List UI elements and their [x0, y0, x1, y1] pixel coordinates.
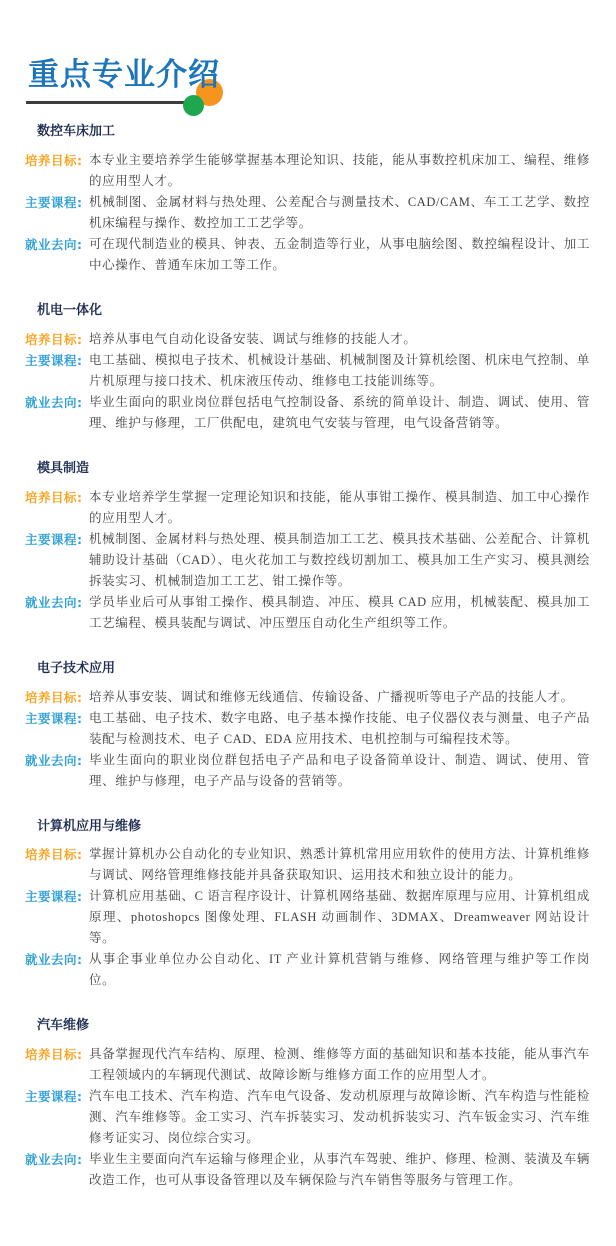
goal-label: 培养目标:	[25, 150, 89, 171]
major-title-badge: 汽车维修	[28, 1016, 103, 1038]
section-computer: 计算机应用与维修 培养目标: 掌握计算机办公自动化的专业知识、熟悉计算机常用应用…	[25, 817, 590, 992]
badge-wrap: 计算机应用与维修	[28, 817, 590, 839]
sections-container: 数控车床加工 培养目标: 本专业主要培养学生能够掌握基本理论知识、技能，能从事数…	[0, 118, 616, 1246]
section-cnc-lathe: 数控车床加工 培养目标: 本专业主要培养学生能够掌握基本理论知识、技能，能从事数…	[25, 122, 590, 276]
jobs-text: 学员毕业后可从事钳工操作、模具制造、冲压、模具 CAD 应用，机械装配、模具加工…	[89, 592, 590, 634]
goal-text: 培养从事安装、调试和维修无线通信、传输设备、广播视听等电子产品的技能人才。	[89, 687, 590, 708]
jobs-label: 就业去向:	[25, 949, 89, 970]
goal-label: 培养目标:	[25, 1044, 89, 1065]
jobs-label: 就业去向:	[25, 234, 89, 255]
goal-row: 培养目标: 培养从事安装、调试和维修无线通信、传输设备、广播视听等电子产品的技能…	[25, 687, 590, 708]
courses-row: 主要课程: 电工基础、模拟电子技术、机械设计基础、机械制图及计算机绘图、机床电气…	[25, 350, 590, 392]
courses-row: 主要课程: 汽车电工技术、汽车构造、汽车电气设备、发动机原理与故障诊断、汽车构造…	[25, 1086, 590, 1149]
jobs-text: 从事企事业单位办公自动化、IT 产业计算机营销与维修、网络管理与维护等工作岗位。	[89, 949, 590, 991]
jobs-label: 就业去向:	[25, 1149, 89, 1170]
goal-row: 培养目标: 本专业培养学生掌握一定理论知识和技能，能从事钳工操作、模具制造、加工…	[25, 487, 590, 529]
major-title-badge: 模具制造	[28, 459, 103, 481]
courses-label: 主要课程:	[25, 708, 89, 729]
jobs-row: 就业去向: 毕业生面向的职业岗位群包括电气控制设备、系统的简单设计、制造、调试、…	[25, 392, 590, 434]
goal-label: 培养目标:	[25, 687, 89, 708]
badge-wrap: 模具制造	[28, 459, 590, 481]
goal-label: 培养目标:	[25, 329, 89, 350]
goal-row: 培养目标: 培养从事电气自动化设备安装、调试与维修的技能人才。	[25, 329, 590, 350]
jobs-row: 就业去向: 可在现代制造业的模具、钟表、五金制造等行业，从事电脑绘图、数控编程设…	[25, 234, 590, 276]
jobs-row: 就业去向: 毕业生面向的职业岗位群包括电子产品和电子设备简单设计、制造、调试、使…	[25, 750, 590, 792]
jobs-label: 就业去向:	[25, 592, 89, 613]
courses-text: 汽车电工技术、汽车构造、汽车电气设备、发动机原理与故障诊断、汽车构造与性能检测、…	[89, 1086, 590, 1149]
jobs-label: 就业去向:	[25, 392, 89, 413]
jobs-text: 毕业生面向的职业岗位群包括电子产品和电子设备简单设计、制造、调试、使用、管理、维…	[89, 750, 590, 792]
title-box: 重点专业介绍	[28, 58, 220, 92]
courses-row: 主要课程: 机械制图、金属材料与热处理、公差配合与测量技术、CAD/CAM、车工…	[25, 192, 590, 234]
goal-text: 本专业主要培养学生能够掌握基本理论知识、技能，能从事数控机床加工、编程、维修的应…	[89, 150, 590, 192]
courses-text: 电工基础、电子技术、数字电路、电子基本操作技能、电子仪器仪表与测量、电子产品装配…	[89, 708, 590, 750]
goal-text: 具备掌握现代汽车结构、原理、检测、维修等方面的基础知识和基本技能，能从事汽车工程…	[89, 1044, 590, 1086]
courses-label: 主要课程:	[25, 192, 89, 213]
major-title-badge: 电子技术应用	[28, 659, 129, 681]
major-title-badge: 机电一体化	[28, 301, 116, 323]
courses-row: 主要课程: 计算机应用基础、C 语言程序设计、计算机网络基础、数据库原理与应用、…	[25, 886, 590, 949]
goal-text: 培养从事电气自动化设备安装、调试与维修的技能人才。	[89, 329, 590, 350]
badge-wrap: 电子技术应用	[28, 659, 590, 681]
title-underline	[26, 101, 194, 104]
courses-label: 主要课程:	[25, 1086, 89, 1107]
goal-row: 培养目标: 掌握计算机办公自动化的专业知识、熟悉计算机常用应用软件的使用方法、计…	[25, 844, 590, 886]
page-header: 重点专业介绍	[0, 0, 616, 118]
courses-text: 机械制图、金属材料与热处理、公差配合与测量技术、CAD/CAM、车工工艺学、数控…	[89, 192, 590, 234]
courses-row: 主要课程: 机械制图、金属材料与热处理、模具制造加工工艺、模具技术基础、公差配合…	[25, 529, 590, 592]
jobs-row: 就业去向: 学员毕业后可从事钳工操作、模具制造、冲压、模具 CAD 应用，机械装…	[25, 592, 590, 634]
badge-wrap: 机电一体化	[28, 301, 590, 323]
courses-label: 主要课程:	[25, 350, 89, 371]
badge-wrap: 汽车维修	[28, 1016, 590, 1038]
goal-row: 培养目标: 具备掌握现代汽车结构、原理、检测、维修等方面的基础知识和基本技能，能…	[25, 1044, 590, 1086]
page-title: 重点专业介绍	[28, 58, 220, 92]
jobs-text: 毕业生面向的职业岗位群包括电气控制设备、系统的简单设计、制造、调试、使用、管理、…	[89, 392, 590, 434]
jobs-label: 就业去向:	[25, 750, 89, 771]
goal-text: 掌握计算机办公自动化的专业知识、熟悉计算机常用应用软件的使用方法、计算机维修与调…	[89, 844, 590, 886]
section-auto-repair: 汽车维修 培养目标: 具备掌握现代汽车结构、原理、检测、维修等方面的基础知识和基…	[25, 1016, 590, 1191]
jobs-row: 就业去向: 毕业生主要面向汽车运输与修理企业，从事汽车驾驶、维护、修理、检测、装…	[25, 1149, 590, 1191]
courses-text: 电工基础、模拟电子技术、机械设计基础、机械制图及计算机绘图、机床电气控制、单片机…	[89, 350, 590, 392]
goal-label: 培养目标:	[25, 844, 89, 865]
courses-row: 主要课程: 电工基础、电子技术、数字电路、电子基本操作技能、电子仪器仪表与测量、…	[25, 708, 590, 750]
major-title-badge: 计算机应用与维修	[28, 817, 155, 839]
courses-text: 机械制图、金属材料与热处理、模具制造加工工艺、模具技术基础、公差配合、计算机辅助…	[89, 529, 590, 592]
section-mechatronics: 机电一体化 培养目标: 培养从事电气自动化设备安装、调试与维修的技能人才。 主要…	[25, 301, 590, 434]
courses-text: 计算机应用基础、C 语言程序设计、计算机网络基础、数据库原理与应用、计算机组成原…	[89, 886, 590, 949]
goal-row: 培养目标: 本专业主要培养学生能够掌握基本理论知识、技能，能从事数控机床加工、编…	[25, 150, 590, 192]
green-dot-icon	[183, 95, 204, 116]
section-mold-making: 模具制造 培养目标: 本专业培养学生掌握一定理论知识和技能，能从事钳工操作、模具…	[25, 459, 590, 634]
courses-label: 主要课程:	[25, 886, 89, 907]
brochure-page: 重点专业介绍 数控车床加工 培养目标: 本专业主要培养学生能够掌握基本理论知识、…	[0, 0, 616, 1246]
major-title-badge: 数控车床加工	[28, 122, 129, 144]
badge-wrap: 数控车床加工	[28, 122, 590, 144]
courses-label: 主要课程:	[25, 529, 89, 550]
section-electronics: 电子技术应用 培养目标: 培养从事安装、调试和维修无线通信、传输设备、广播视听等…	[25, 659, 590, 792]
jobs-text: 毕业生主要面向汽车运输与修理企业，从事汽车驾驶、维护、修理、检测、装潢及车辆改造…	[89, 1149, 590, 1191]
goal-label: 培养目标:	[25, 487, 89, 508]
jobs-row: 就业去向: 从事企事业单位办公自动化、IT 产业计算机营销与维修、网络管理与维护…	[25, 949, 590, 991]
goal-text: 本专业培养学生掌握一定理论知识和技能，能从事钳工操作、模具制造、加工中心操作的应…	[89, 487, 590, 529]
jobs-text: 可在现代制造业的模具、钟表、五金制造等行业，从事电脑绘图、数控编程设计、加工中心…	[89, 234, 590, 276]
